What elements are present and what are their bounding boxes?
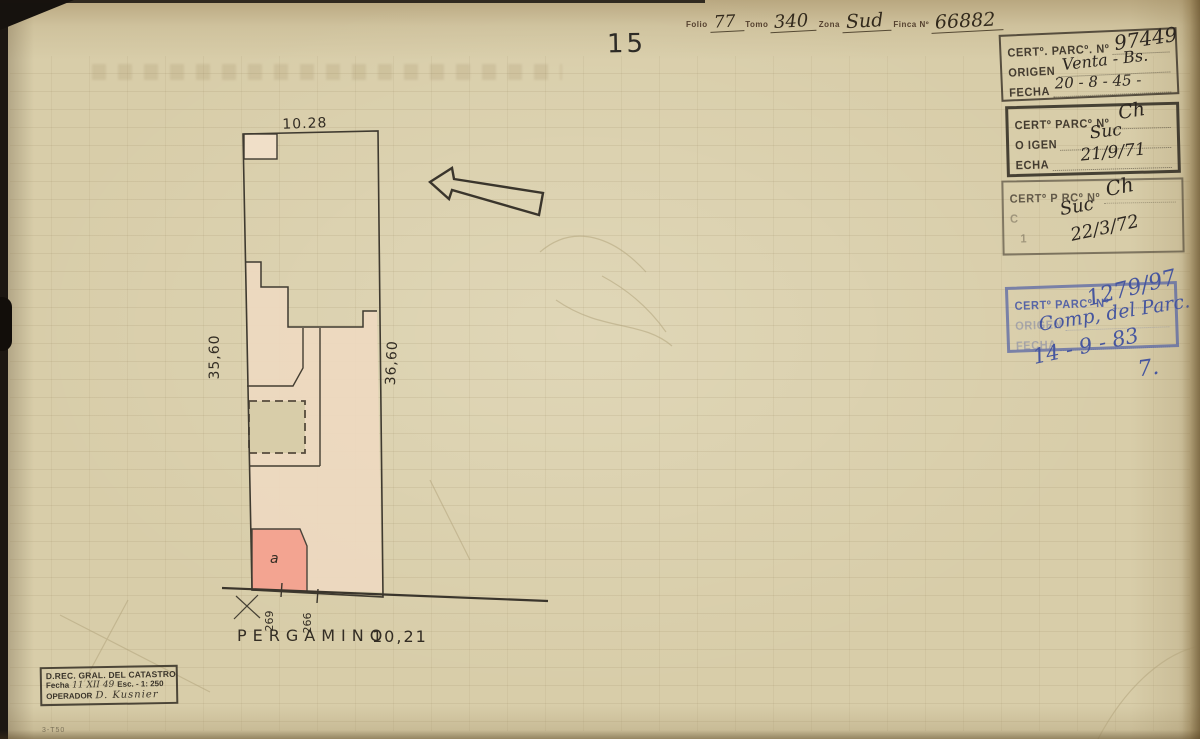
stamp3-origen-label: C [1010,213,1019,226]
stamp1-origen-label: ORIGEN [1008,65,1056,80]
cert-parc-stamp-3: CERTº P RCº Nº Ch C Suc 1 22/3/72 [1001,177,1184,255]
stamp2-fecha-label: ECHA [1015,159,1049,173]
catastro-office-stamp: D.REC. GRAL. DEL CATASTRO Fecha 11 XII 4… [40,665,179,706]
zona-label: Zona [819,20,840,32]
stamp4-extra-mark: 7. [1137,357,1161,382]
left-depth-dimension: 35,60 [207,334,223,379]
zona-value: Sud [841,11,891,34]
page-number: 15 [607,29,647,60]
folio-label: Folio [686,20,708,32]
stamp3-number: Ch [1103,174,1134,199]
cert-parc-stamp-2: CERTº PARCº Nº Ch O IGEN Suc ECHA 21/9/7… [1005,102,1181,178]
tomo-value: 340 [770,12,817,33]
stamp1-fecha-value: 20 - 8 - 45 - [1054,73,1141,92]
folio-value: 77 [709,13,744,33]
stamp2-origen-value: Suc [1089,122,1123,143]
front-dimension: 10.28 [282,115,328,133]
stamp3-origen-value: Suc [1058,195,1095,219]
street-dimension: 10,21 [372,627,428,646]
stamp2-fecha-value: 21/9/71 [1079,141,1146,164]
scan-edge-right [1182,0,1200,739]
right-depth-dimension: 36,60 [383,340,401,386]
stamp1-fecha-label: FECHA [1009,85,1050,100]
street-name: PERGAMINO [237,626,388,645]
patio-dashed-area [249,401,305,453]
stamp2-number: Ch [1117,100,1147,123]
street-line [222,588,548,601]
front-notch-area [244,134,277,159]
office-escala: Esc. - 1: 250 [117,679,163,689]
cert-parc-stamp-1: CERTº. PARCº. Nº 97449 ORIGEN Venta - Bs… [999,27,1180,102]
scan-edge-blob [0,297,12,351]
north-arrow-icon [430,168,543,215]
scan-corner-top-left [0,0,74,30]
office-operador-label: OPERADOR [46,691,92,701]
unit-label: a [270,551,279,567]
office-operador-value: D. Kusnier [95,689,158,701]
registry-reference-line: Folio 77 Tomo 340 Zona Sud Finca Nº 6688… [686,12,1004,32]
finca-value: 66882 [931,10,1004,34]
unit-a-area [252,529,307,592]
survey-x-mark [234,595,260,619]
stamp2-origen-label: O IGEN [1015,138,1057,152]
office-fecha-label: Fecha [46,681,69,690]
finca-label: Finca Nº [893,20,929,32]
scan-edge-bottom [0,730,1200,739]
scan-edge-left [0,0,8,739]
tomo-label: Tomo [745,20,768,32]
scan-edge-top [0,0,705,3]
stamp3-fecha-label: 1 [1020,233,1027,246]
scanned-cadastral-sheet: 10.28 35,60 36,60 269 266 PERGAMINO 10,2… [0,0,1200,739]
